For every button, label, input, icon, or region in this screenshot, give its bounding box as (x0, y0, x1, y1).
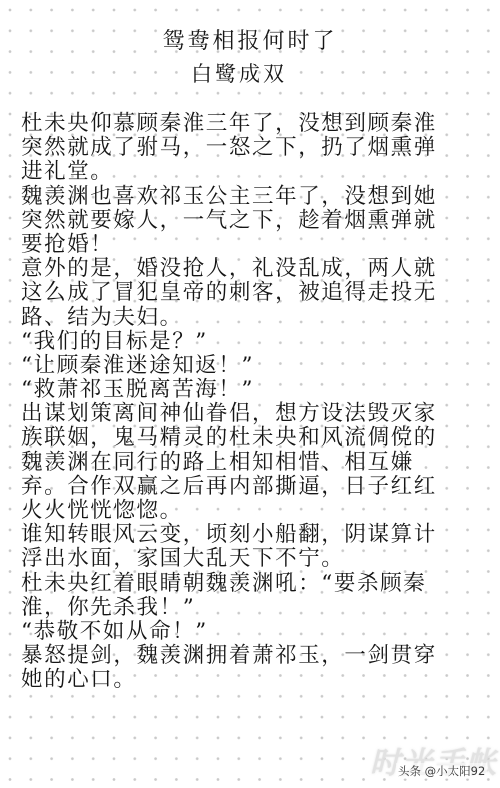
text-line: 魏羡渊在同行的路上相知相惜、相互嫌 (21, 451, 491, 475)
text-line: 弃。合作双赢之后再内部撕逼，日子红红 (21, 475, 491, 499)
text-line: “让顾秦淮迷途知返！” (21, 354, 491, 378)
text-line: 浮出水面，家国大乱天下不宁。 (21, 547, 491, 571)
document-subtitle: 白鹭成双 (0, 60, 478, 88)
text-line: 要抢婚！ (21, 233, 491, 257)
document-title: 鸳鸯相报何时了 (0, 28, 500, 56)
text-line: 杜未央红着眼睛朝魏羡渊吼：“要杀顾秦 (21, 572, 491, 596)
text-line: 路、结为夫妇。 (21, 306, 491, 330)
text-line: 突然就成了驸马，一怒之下，扔了烟熏弹 (21, 136, 491, 160)
document-page: 鸳鸯相报何时了 白鹭成双 杜未央仰慕顾秦淮三年了，没想到顾秦淮 突然就成了驸马，… (0, 0, 500, 788)
text-line: “恭敬不如从命！” (21, 620, 491, 644)
text-line: 她的心口。 (21, 668, 491, 692)
text-line: 进礼堂。 (21, 160, 491, 184)
text-line: 谁知转眼风云变，顷刻小船翻，阴谋算计 (21, 523, 491, 547)
text-line: 火火恍恍惚惚。 (21, 499, 491, 523)
text-line: “救萧祁玉脱离苦海！” (21, 378, 491, 402)
text-line: 暴怒提剑，魏羡渊拥着萧祁玉，一剑贯穿 (21, 644, 491, 668)
text-line: 淮，你先杀我！” (21, 596, 491, 620)
text-line: 族联姻，鬼马精灵的杜未央和风流倜傥的 (21, 426, 491, 450)
text-line: 这么成了冒犯皇帝的刺客，被追得走投无 (21, 281, 491, 305)
document-body: 杜未央仰慕顾秦淮三年了，没想到顾秦淮 突然就成了驸马，一怒之下，扔了烟熏弹 进礼… (21, 112, 491, 693)
text-line: 杜未央仰慕顾秦淮三年了，没想到顾秦淮 (21, 112, 491, 136)
text-line: 魏羡渊也喜欢祁玉公主三年了，没想到她 (21, 185, 491, 209)
text-line: 突然就要嫁人，一气之下，趁着烟熏弹就 (21, 209, 491, 233)
text-line: 出谋划策离间神仙眷侣，想方设法毁灭家 (21, 402, 491, 426)
text-line: “我们的目标是？” (21, 330, 491, 354)
text-line: 意外的是，婚没抢人，礼没乱成，两人就 (21, 257, 491, 281)
watermark-credit: 头条 @小太阳92 (396, 763, 487, 779)
